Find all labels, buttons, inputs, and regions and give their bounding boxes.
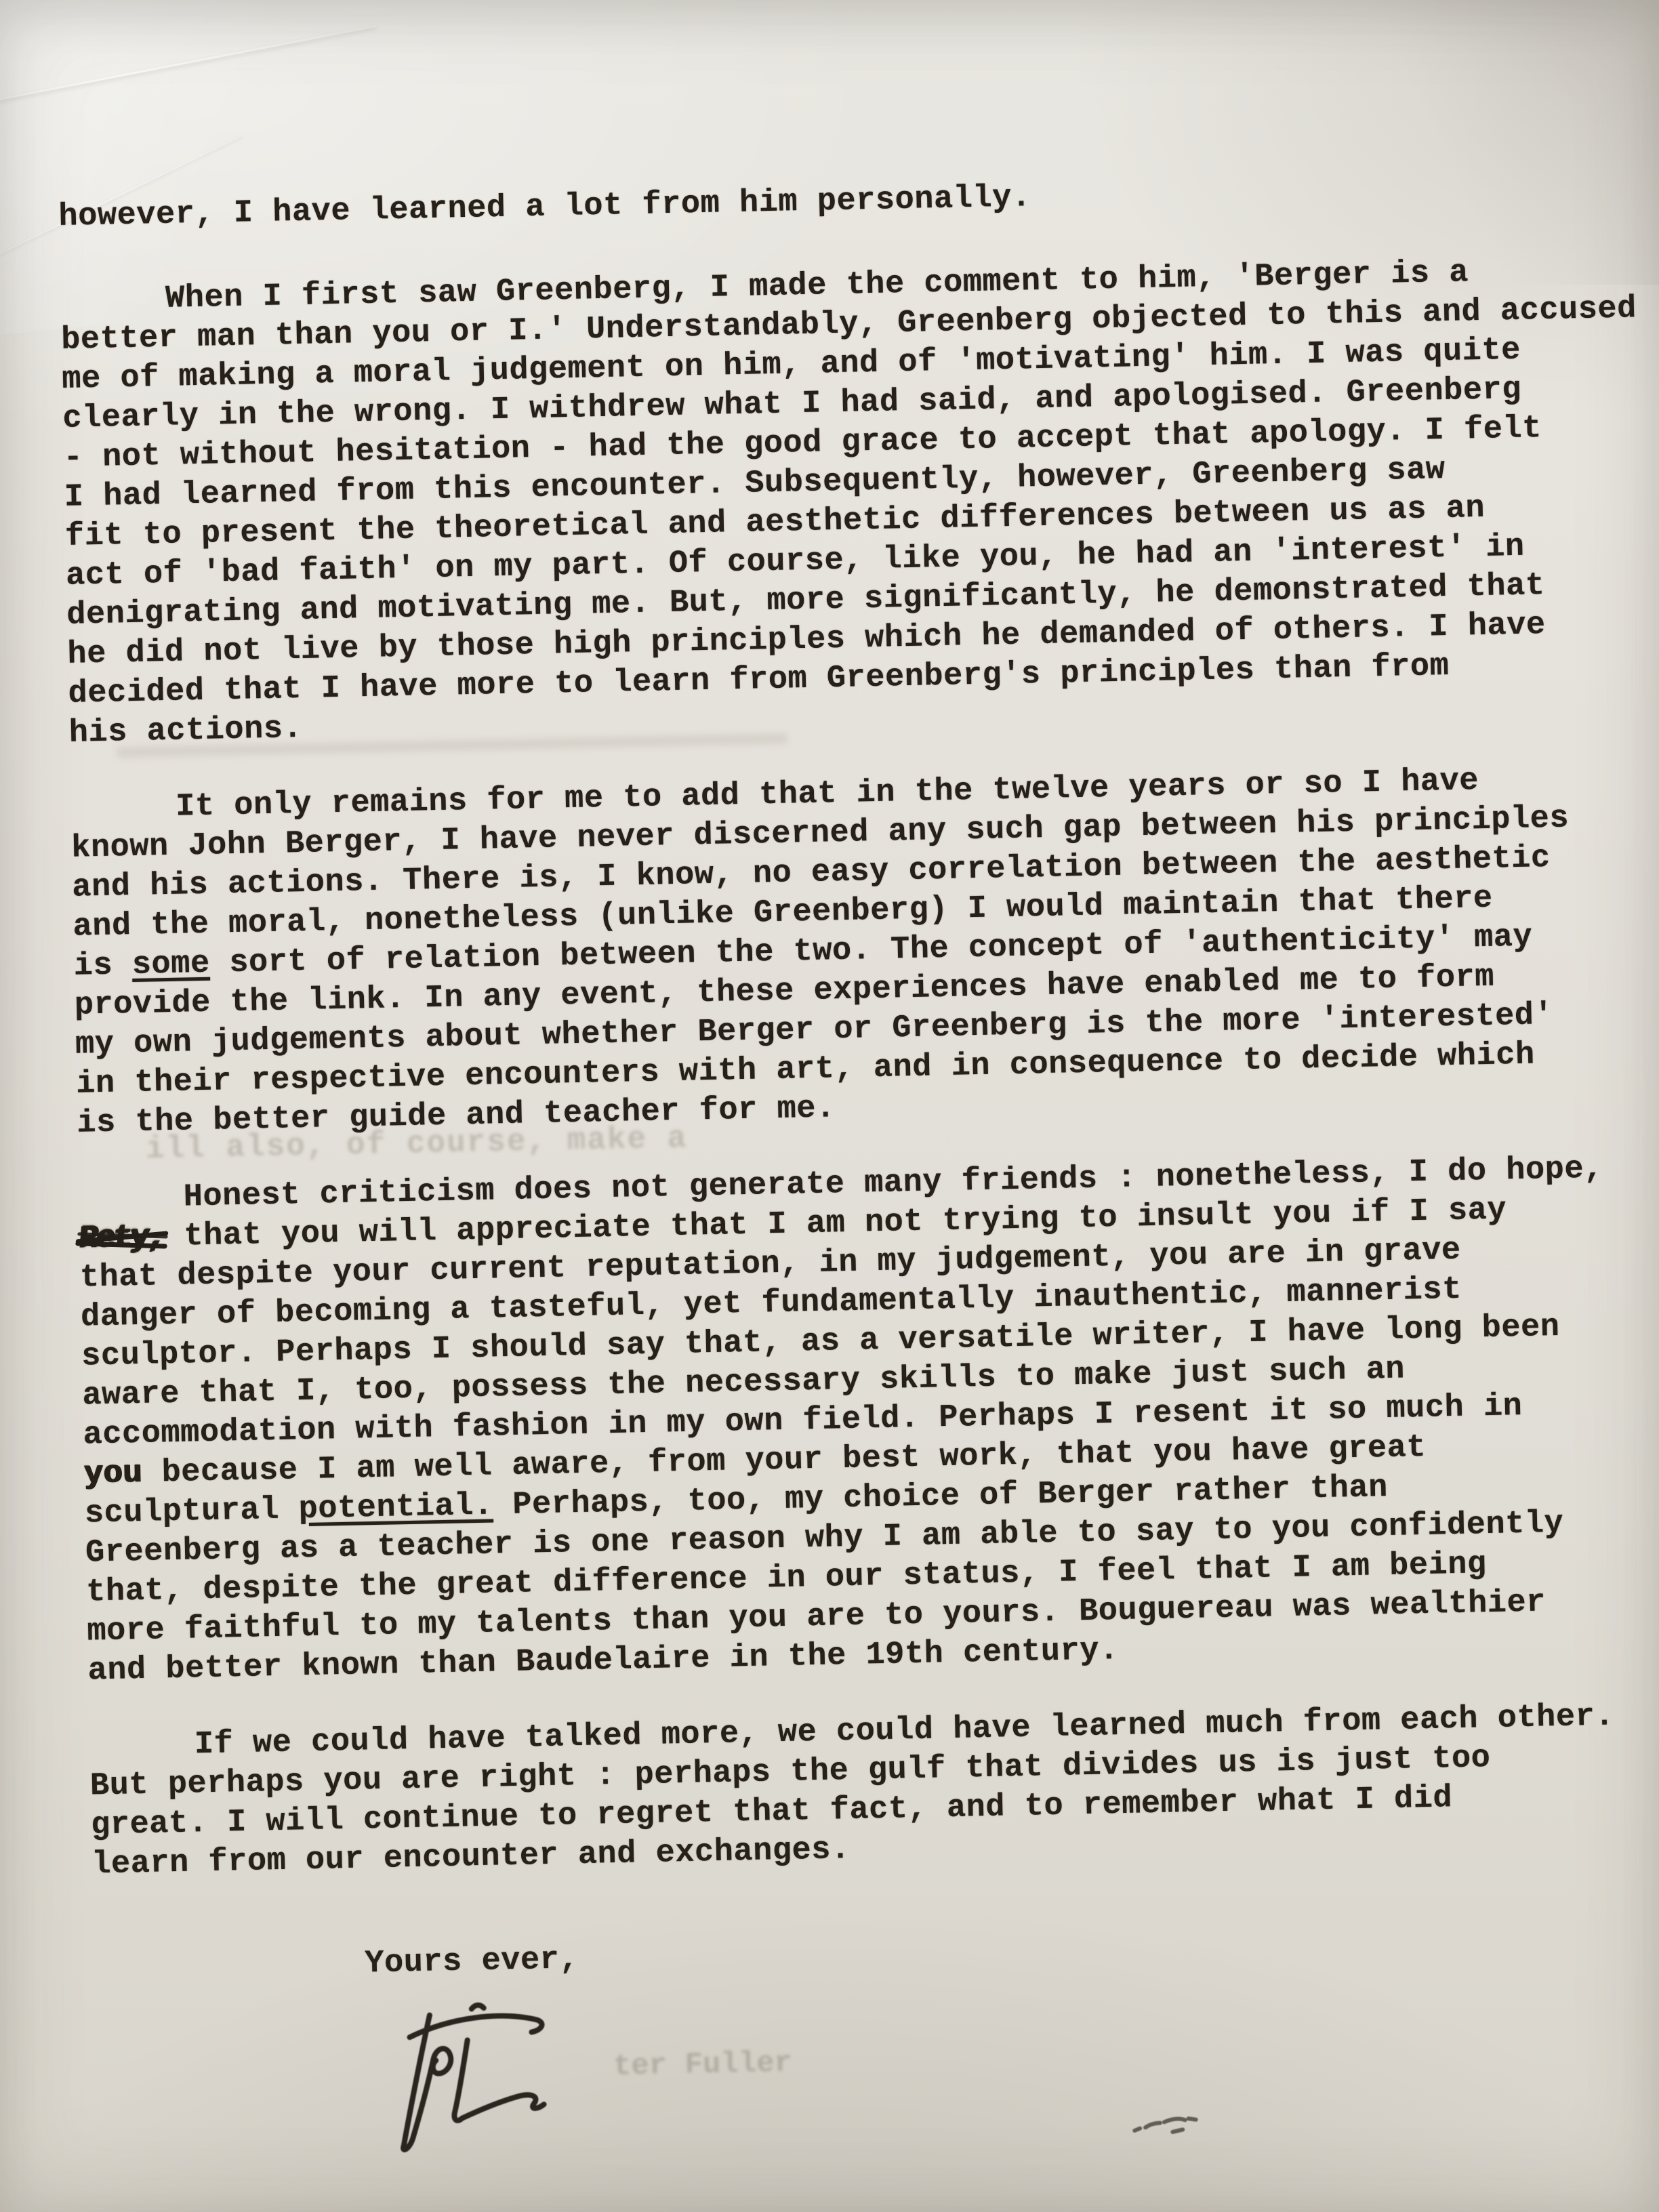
scratched-out-word: Rety, bbox=[77, 1218, 166, 1259]
signature bbox=[370, 2000, 577, 2160]
text-segment: is bbox=[73, 947, 132, 985]
letter-photo: ill also, of course, make a ter Fuller h… bbox=[0, 0, 1659, 2212]
letter-line: however, I have learned a lot from him p… bbox=[58, 166, 1645, 237]
text-segment: his actions. bbox=[68, 711, 302, 752]
text-segment: you bbox=[83, 1456, 142, 1493]
paragraph: If we could have talked more, we could h… bbox=[89, 1696, 1659, 1885]
paragraph: Honest criticism does not generate many … bbox=[78, 1149, 1659, 1692]
letter-body: however, I have learned a lot from him p… bbox=[58, 166, 1659, 1885]
text-segment: some bbox=[131, 946, 210, 983]
ink-smudge bbox=[1130, 2105, 1212, 2146]
text-segment: however, I have learned a lot from him p… bbox=[58, 180, 1031, 235]
paragraph: however, I have learned a lot from him p… bbox=[58, 166, 1645, 237]
text-segment: sculptural bbox=[84, 1492, 299, 1532]
paper-crease bbox=[0, 25, 376, 107]
paragraph: It only remains for me to add that in th… bbox=[70, 758, 1659, 1144]
letter-text: however, I have learned a lot from him p… bbox=[58, 166, 1659, 2165]
signature-scrawl bbox=[370, 2000, 577, 2160]
text-segment: potential. bbox=[298, 1488, 493, 1528]
closing-line: Yours ever, bbox=[365, 1919, 1659, 1984]
paragraph: When I first saw Greenberg, I made the c… bbox=[60, 250, 1654, 754]
